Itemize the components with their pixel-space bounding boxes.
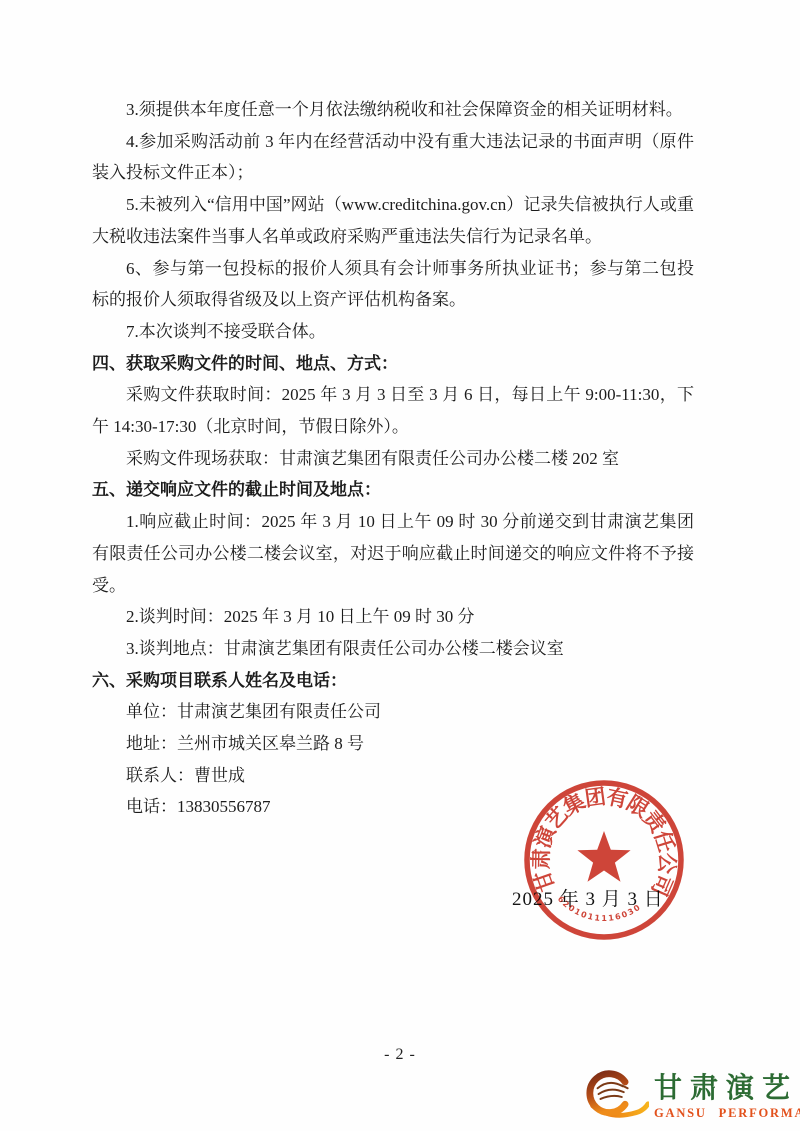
logo-mark-icon bbox=[583, 1068, 649, 1126]
para-doc-location: 采购文件现场获取：甘肃演艺集团有限责任公司办公楼二楼 202 室 bbox=[92, 443, 694, 475]
body-text: 3.须提供本年度任意一个月依法缴纳税收和社会保障资金的相关证明材料。 4.参加采… bbox=[92, 94, 694, 823]
company-seal-stamp: 甘肃演艺集团有限责任公司 6201011116030 bbox=[519, 775, 689, 945]
contact-company: 单位：甘肃演艺集团有限责任公司 bbox=[92, 696, 694, 728]
contact-address: 地址：兰州市城关区皋兰路 8 号 bbox=[92, 728, 694, 760]
seal-star-icon bbox=[577, 831, 630, 882]
para-qualifications: 6、参与第一包投标的报价人须具有会计师事务所执业证书；参与第二包投标的报价人须取… bbox=[92, 253, 694, 316]
para-doc-time: 采购文件获取时间：2025 年 3 月 3 日至 3 月 6 日，每日上午 9:… bbox=[92, 379, 694, 442]
para-no-consortium: 7.本次谈判不接受联合体。 bbox=[92, 316, 694, 348]
document-page: 3.须提供本年度任意一个月依法缴纳税收和社会保障资金的相关证明材料。 4.参加采… bbox=[0, 0, 800, 1131]
page-number: - 2 - bbox=[0, 1046, 800, 1064]
para-response-deadline: 1.响应截止时间：2025 年 3 月 10 日上午 09 时 30 分前递交到… bbox=[92, 506, 694, 601]
para-credit-china: 5.未被列入“信用中国”网站（www.creditchina.gov.cn）记录… bbox=[92, 189, 694, 252]
para-tax-proof: 3.须提供本年度任意一个月依法缴纳税收和社会保障资金的相关证明材料。 bbox=[92, 94, 694, 126]
para-negotiation-time: 2.谈判时间：2025 年 3 月 10 日上午 09 时 30 分 bbox=[92, 601, 694, 633]
svg-text:6201011116030: 6201011116030 bbox=[556, 894, 642, 923]
section-heading-4: 四、获取采购文件的时间、地点、方式： bbox=[92, 348, 694, 380]
logo-name-en: GANSU PERFORMANCE bbox=[654, 1105, 800, 1121]
para-no-violation: 4.参加采购活动前 3 年内在经营活动中没有重大违法记录的书面声明（原件装入投标… bbox=[92, 126, 694, 189]
section-heading-5: 五、递交响应文件的截止时间及地点： bbox=[92, 474, 694, 506]
seal-serial-number: 6201011116030 bbox=[556, 894, 642, 923]
section-heading-6: 六、采购项目联系人姓名及电话： bbox=[92, 665, 694, 697]
para-negotiation-place: 3.谈判地点：甘肃演艺集团有限责任公司办公楼二楼会议室 bbox=[92, 633, 694, 665]
logo-name-cn: 甘肃演艺 bbox=[654, 1073, 798, 1105]
footer-logo: 甘肃演艺 GANSU PERFORMANCE bbox=[583, 1068, 800, 1126]
